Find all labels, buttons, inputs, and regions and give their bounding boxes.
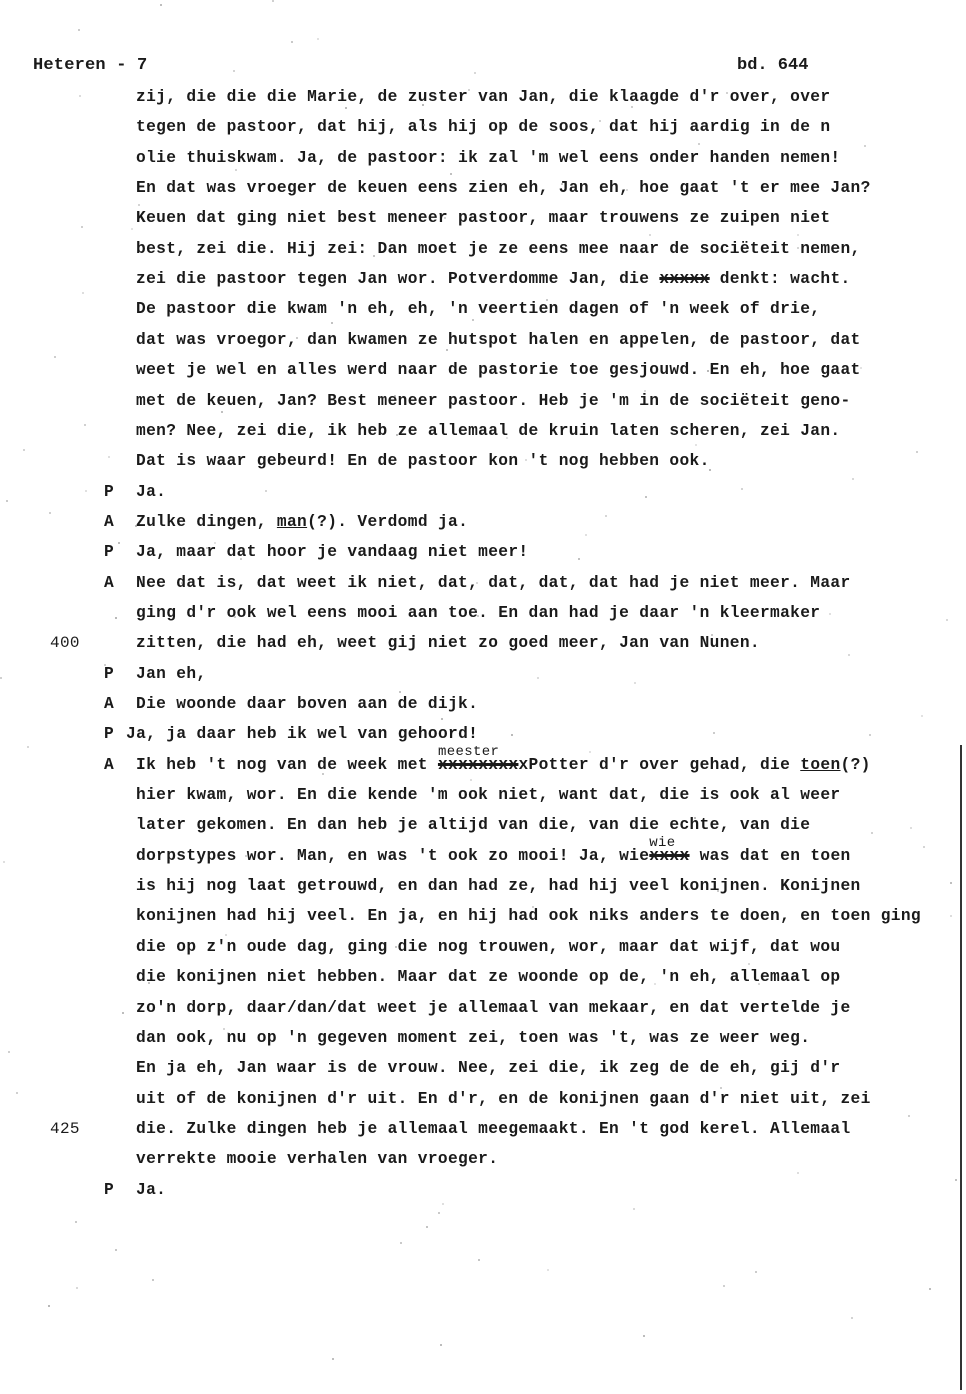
scan-speck [245,855,247,857]
scan-speck [468,89,470,91]
scan-speck [115,617,117,619]
scan-speck [27,746,29,748]
line-text: zitten, die had eh, weet gij niet zo goe… [136,628,760,658]
scan-speck [118,542,120,544]
scan-speck [76,1287,78,1289]
scan-speck [506,437,508,439]
scan-speck [474,72,476,74]
speaker-label: P [104,1175,114,1205]
speaker-label: A [104,689,114,719]
transcript-page: Heteren - 7 bd. 644 zij, die die die Mar… [0,0,966,1394]
line-text: tegen de pastoor, dat hij, als hij op de… [136,112,830,142]
scan-speck [104,664,106,666]
scan-speck [871,832,873,834]
scan-speck [214,542,216,544]
scan-speck [206,547,208,549]
scan-speck [234,616,236,618]
scan-speck [578,558,580,560]
scan-speck [441,718,443,720]
scan-speck [395,946,397,948]
scan-speck [148,982,150,984]
struck-text: xxxxx [659,270,709,288]
page-number: bd. 644 [737,56,808,75]
scan-speck [225,934,227,936]
scan-speck [546,299,548,301]
speaker-label: P [104,719,114,749]
scan-speck [797,234,799,236]
line-text: Nee dat is, dat weet ik niet, dat, dat, … [136,568,851,598]
scan-speck [223,1028,225,1030]
scan-speck [711,634,713,636]
scan-speck [81,226,83,228]
scan-speck [432,610,434,612]
scan-speck [297,855,299,857]
scan-speck [644,390,646,392]
line-text: hier kwam, wor. En die kende 'm ook niet… [136,780,841,810]
scan-speck [322,773,324,775]
scan-speck [713,732,715,734]
scan-speck [921,715,923,717]
scan-speck [755,1271,757,1273]
scan-speck [475,609,477,611]
scan-speck [741,488,743,490]
line-number: 425 [50,1114,80,1144]
scan-speck [8,1051,10,1053]
line-text: Ja, ja daar heb ik wel van gehoord! [126,719,478,749]
scan-speck [291,41,293,43]
scan-speck [23,449,25,451]
scan-speck [511,734,513,736]
scan-speck [848,654,850,656]
scan-speck [296,337,298,339]
scan-speck [399,691,401,693]
line-text: zei die pastoor tegen Jan wor. Potverdom… [136,264,851,294]
scan-speck [49,512,51,514]
scan-speck [79,95,81,97]
correction: xxxxwie [649,841,689,871]
scan-speck [631,106,633,108]
scan-speck [440,1344,442,1346]
line-text: En ja eh, Jan waar is de vrouw. Nee, zei… [136,1053,841,1083]
underlined-word: toen [800,756,840,774]
line-text: En dat was vroeger de keuen eens zien eh… [136,173,871,203]
scan-speck [748,963,750,965]
scan-speck [272,0,274,2]
line-text: met de keuen, Jan? Best meneer pastoor. … [136,386,851,416]
scan-speck [720,1087,722,1089]
speaker-label: A [104,750,114,780]
line-text: konijnen had hij veel. En ja, en hij had… [136,901,921,931]
scan-speck [758,983,760,985]
scan-speck [472,319,474,321]
margin-rule [960,745,962,1390]
line-text: Ik heb 't nog van de week met xxxxxxxxme… [136,750,871,780]
scan-speck [423,124,425,126]
scan-speck [152,1279,154,1281]
scan-speck [950,915,952,917]
line-text: verrekte mooie verhalen van vroeger. [136,1144,498,1174]
line-text: die op z'n oude dag, ging die nog trouwe… [136,932,841,962]
scan-speck [955,1179,957,1181]
scan-speck [916,451,918,453]
scan-speck [599,120,601,122]
scan-speck [259,1065,261,1067]
scan-speck [0,677,2,679]
scan-speck [908,1115,910,1117]
document-header-title: Heteren - 7 [33,56,147,75]
scan-speck [235,169,237,171]
line-text: Keuen dat ging niet best meneer pastoor,… [136,203,830,233]
scan-speck [654,983,656,985]
scan-speck [227,1032,229,1034]
scan-speck [422,104,424,106]
scan-speck [122,1012,124,1014]
scan-speck [537,677,539,679]
scan-speck [48,1305,50,1307]
scan-speck [851,1317,853,1319]
scan-speck [115,1249,117,1251]
underlined-word: man [277,513,307,531]
scan-speck [476,582,478,584]
scan-speck [426,1226,428,1228]
line-number: 400 [50,628,80,658]
speaker-label: A [104,507,114,537]
line-text: later gekomen. En dan heb je altijd van … [136,810,810,840]
scan-speck [6,500,8,502]
scan-speck [649,234,651,236]
scan-speck [797,247,799,249]
correction: xxxxx [659,264,709,294]
scan-speck [923,846,925,848]
scan-speck [852,478,854,480]
line-text: best, zei die. Hij zei: Dan moet je ze e… [136,234,861,264]
scan-speck [561,183,563,185]
line-text: dat was vroegor, dan kwamen ze hutspot h… [136,325,861,355]
inserted-text: meester [438,737,499,767]
line-text: die konijnen niet hebben. Maar dat ze wo… [136,962,841,992]
scan-speck [605,515,607,517]
scan-speck [54,356,56,358]
line-text: zo'n dorp, daar/dan/dat weet je allemaal… [136,993,851,1023]
scan-speck [394,395,396,397]
scan-speck [3,861,5,863]
scan-speck [633,1208,635,1210]
scan-speck [400,1242,402,1244]
scan-speck [78,29,80,31]
line-text: ging d'r ook wel eens mooi aan toe. En d… [136,598,820,628]
line-text: die. Zulke dingen heb je allemaal meegem… [136,1114,851,1144]
scan-speck [135,525,137,527]
scan-speck [946,619,948,621]
scan-speck [645,496,647,498]
scan-speck [221,411,223,413]
scan-speck [138,204,140,206]
line-text: Ja. [136,1175,166,1205]
scan-speck [726,92,728,94]
speaker-label: P [104,477,114,507]
scan-speck [695,444,697,446]
scan-speck [723,1285,725,1287]
scan-speck [470,779,472,781]
line-text: men? Nee, zei die, ik heb ze allemaal de… [136,416,841,446]
scan-speck [108,456,110,458]
inserted-text: wie [649,828,675,858]
scan-speck [797,1172,799,1174]
scan-speck [478,1259,480,1261]
line-text: uit of de konijnen d'r uit. En d'r, en d… [136,1084,871,1114]
scan-speck [160,4,162,6]
scan-speck [82,292,84,294]
scan-speck [444,217,446,219]
scan-speck [547,1269,549,1271]
scan-speck [442,1203,444,1205]
line-text: is hij nog laat getrouwd, en dan had ze,… [136,871,861,901]
line-text: olie thuiskwam. Ja, de pastoor: ik zal '… [136,143,841,173]
line-text: Die woonde daar boven aan de dijk. [136,689,478,719]
scan-speck [265,490,267,492]
scan-speck [477,615,479,617]
line-text: dan ook, nu op 'n gegeven moment zei, to… [136,1023,810,1053]
scan-speck [432,125,434,127]
line-text: De pastoor die kwam 'n eh, eh, 'n veerti… [136,294,820,324]
scan-speck [373,255,375,257]
line-text: Ja, maar dat hoor je vandaag niet meer! [136,537,529,567]
scan-speck [626,189,628,191]
line-text: zij, die die die Marie, de zuster van Ja… [136,82,830,112]
scan-speck [869,734,871,736]
scan-speck [421,524,423,526]
scan-speck [694,817,696,819]
scan-speck [585,534,587,536]
line-text: weet je wel en alles werd naar de pastor… [136,355,861,385]
scan-speck [396,434,398,436]
scan-speck [688,888,690,890]
line-text: Dat is waar gebeurd! En de pastoor kon '… [136,446,710,476]
scan-speck [910,827,912,829]
scan-speck [860,367,862,369]
scan-speck [331,322,333,324]
scan-speck [532,906,534,908]
scan-speck [240,558,242,560]
line-text: Zulke dingen, man(?). Verdomd ja. [136,507,468,537]
scan-speck [709,469,711,471]
scan-speck [707,370,709,372]
scan-speck [16,1092,18,1094]
scan-speck [85,490,87,492]
scan-speck [698,143,700,145]
scan-speck [450,173,452,175]
scan-speck [317,38,319,40]
scan-speck [131,228,133,230]
speaker-label: P [104,537,114,567]
scan-speck [446,349,448,351]
scan-speck [181,582,183,584]
speaker-label: A [104,568,114,598]
scan-speck [438,1212,440,1214]
scan-speck [829,613,831,615]
line-text: Ja. [136,477,166,507]
correction: xxxxxxxxmeester [438,750,519,780]
scan-speck [75,1221,77,1223]
scan-speck [589,751,591,753]
scan-speck [345,107,347,109]
scan-speck [929,1288,931,1290]
scan-speck [525,459,527,461]
line-text: dorpstypes wor. Man, en was 't ook zo mo… [136,841,851,871]
scan-speck [643,1335,645,1337]
scan-speck [233,70,235,72]
scan-speck [634,682,636,684]
scan-speck [950,882,952,884]
scan-speck [332,1358,334,1360]
scan-speck [672,1064,674,1066]
scan-speck [717,890,719,892]
line-text: Jan eh, [136,659,206,689]
scan-speck [84,424,86,426]
scan-speck [864,145,866,147]
